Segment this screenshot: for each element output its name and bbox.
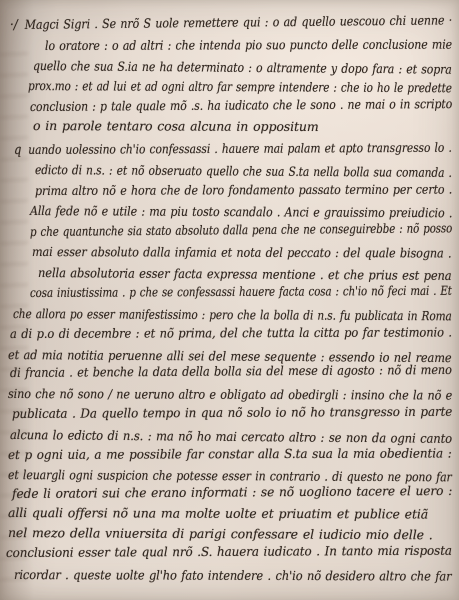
line-text: conclusion : p tale quale mõ .s. ha iudi… bbox=[30, 96, 452, 114]
manuscript-line: lo oratore : o ad altri : che intenda pi… bbox=[45, 35, 452, 56]
line-text: prox.mo : et ad lui et ad ogni altro far… bbox=[28, 78, 452, 95]
manuscript-page: ·/Magci Sigri . Se nrõ S uole remettere … bbox=[0, 0, 459, 600]
line-text: et p ogni uia, a me possibile far consta… bbox=[8, 445, 452, 462]
line-text: conclusioni esser tale qual nrõ .S. haue… bbox=[6, 543, 452, 560]
manuscript-line: fede li oratori sui che erano informati … bbox=[12, 481, 452, 504]
line-text: quello che sua S.ia ne ha determinato : … bbox=[33, 58, 452, 77]
line-text: publicata . Da quello tempo in qua nõ so… bbox=[12, 404, 452, 421]
manuscript-line: a di p.o di decembre : et nõ prima, del … bbox=[10, 322, 452, 344]
line-text: sino che nõ sono / ne ueruno altro e obl… bbox=[8, 386, 452, 403]
manuscript-line: et p ogni uia, a me possibile far consta… bbox=[8, 443, 452, 465]
manuscript-line: alli quali offersi nõ una ma molte uolte… bbox=[8, 503, 428, 524]
line-text: p che quantunche sia stato absoluto dall… bbox=[30, 220, 452, 239]
manuscript-line: ricordar . queste uolte gl'ho fato inten… bbox=[14, 565, 452, 587]
manuscript-line: prima altro nõ e hora che de loro fondam… bbox=[35, 180, 452, 201]
line-text: di francia . et benche la data della bol… bbox=[10, 362, 452, 380]
line-text: nel mezo della vniuersita di parigi conf… bbox=[8, 525, 433, 542]
line-text: a di p.o di decembre : et nõ prima, del … bbox=[10, 324, 452, 341]
line-text: uando uolessino ch'io confessassi . haue… bbox=[28, 140, 452, 157]
paragraph-mark: ·/ bbox=[10, 15, 18, 35]
manuscript-line: quando uolessino ch'io confessassi . hau… bbox=[14, 138, 452, 160]
manuscript-line: publicata . Da quello tempo in qua nõ so… bbox=[12, 402, 452, 424]
line-text: lo oratore : o ad altri : che intenda pi… bbox=[45, 37, 452, 53]
line-text: o in parole tentaro cosa alcuna in oppos… bbox=[33, 118, 319, 134]
paragraph-mark: q bbox=[14, 140, 21, 160]
line-text: Alla fede nõ e utile : ma piu tosto scan… bbox=[30, 203, 452, 220]
line-text: fede li oratori sui che erano informati … bbox=[12, 483, 452, 501]
line-text: edicto di n.s. : et nõ obseruato quello … bbox=[35, 162, 452, 180]
line-text: ricordar . queste uolte gl'ho fato inten… bbox=[14, 567, 452, 584]
manuscript-line: cosa iniustissima . p che se confessassi… bbox=[30, 281, 452, 303]
line-text: Magci Sigri . Se nrõ S uole remettere qu… bbox=[25, 12, 453, 31]
line-text: prima altro nõ e hora che de loro fondam… bbox=[35, 182, 452, 198]
handwritten-text-block: ·/Magci Sigri . Se nrõ S uole remettere … bbox=[0, 0, 459, 600]
manuscript-line: p che quantunche sia stato absoluto dall… bbox=[30, 218, 452, 242]
manuscript-line: mai esser absoluto dalla infamia et nota… bbox=[32, 242, 452, 263]
line-text: mai esser absoluto dalla infamia et nota… bbox=[32, 244, 452, 260]
manuscript-line: di francia . et benche la data della bol… bbox=[10, 360, 452, 383]
line-text: alli quali offersi nõ una ma molte uolte… bbox=[8, 505, 428, 521]
manuscript-line: conclusioni esser tale qual nrõ .S. haue… bbox=[6, 541, 452, 563]
manuscript-line: ·/Magci Sigri . Se nrõ S uole remettere … bbox=[10, 10, 452, 35]
line-text: che allora po esser manifestissimo : per… bbox=[13, 306, 452, 323]
manuscript-line: o in parole tentaro cosa alcuna in oppos… bbox=[33, 116, 319, 137]
line-text: cosa iniustissima . p che se confessassi… bbox=[30, 283, 452, 300]
manuscript-line: conclusion : p tale quale mõ .s. ha iudi… bbox=[30, 94, 452, 117]
